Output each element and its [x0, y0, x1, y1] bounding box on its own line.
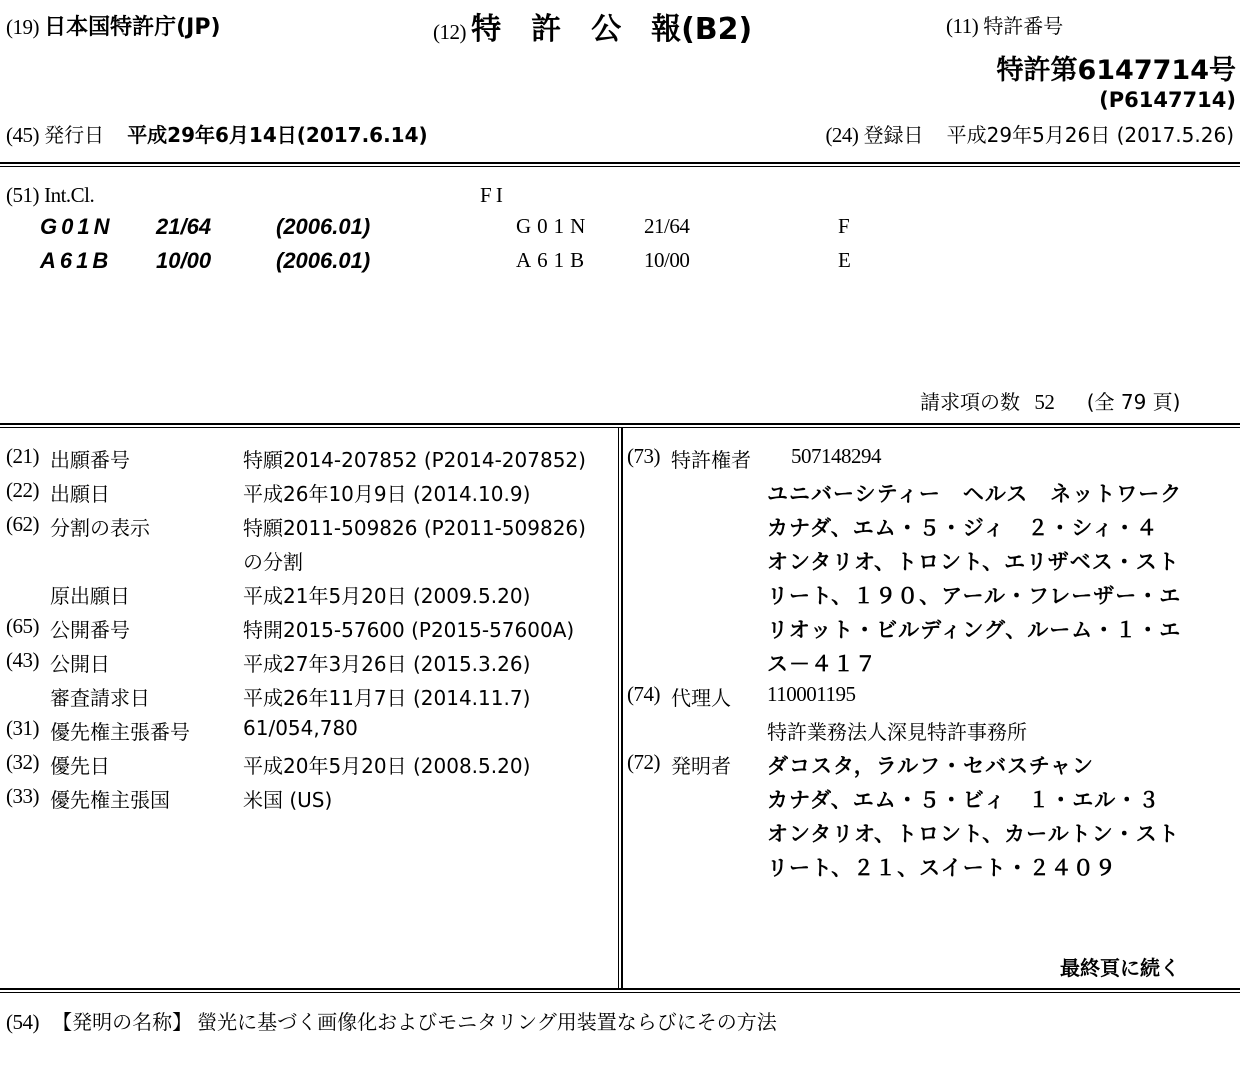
field-code: (74)	[627, 682, 660, 707]
field-row: (62)分割の表示特願2011-509826 (P2011-509826)	[6, 512, 606, 542]
claims-label: 請求項の数	[920, 390, 1020, 414]
field-row: の分割	[6, 546, 606, 576]
field-row: カナダ、エム・５・ビィ １・エル・３	[627, 784, 1237, 814]
fi-group: 10/00	[644, 248, 689, 273]
intcl-class: G01N	[40, 214, 113, 240]
office-name: 日本国特許庁(JP)	[44, 15, 220, 40]
field-value: 米国 (US)	[243, 784, 332, 813]
field-row: (33)優先権主張国米国 (US)	[6, 784, 606, 814]
field-row: (31)優先権主張番号61/054,780	[6, 716, 606, 746]
field-value: リート、１９０、アール・フレーザー・エ	[767, 580, 1181, 610]
office-line: (19) 日本国特許庁(JP)	[6, 10, 221, 41]
field-code: (32)	[6, 750, 39, 775]
patent-number-label-text: 特許番号	[983, 14, 1063, 38]
field-code: (21)	[6, 444, 39, 469]
fi-mark: E	[838, 248, 851, 273]
field-label: 公開日	[50, 648, 110, 677]
field-code: (33)	[6, 784, 39, 809]
fi-label: F I	[480, 183, 502, 208]
field-value: 61/054,780	[243, 716, 358, 740]
page-count: (全 79 頁)	[1087, 390, 1181, 414]
field-row: (43)公開日平成27年3月26日 (2015.3.26)	[6, 648, 606, 678]
issue-date: 平成29年6月14日(2017.6.14)	[127, 123, 427, 147]
intcl-class: A61B	[40, 248, 112, 274]
fi-class: G01N	[516, 214, 591, 239]
publication-kind: (12) 特 許 公 報(B2)	[433, 4, 752, 48]
field-value: 特願2014-207852 (P2014-207852)	[243, 444, 586, 473]
title-text: 螢光に基づく画像化およびモニタリング用装置ならびにその方法	[197, 1010, 777, 1034]
intcl-version: (2006.01)	[276, 248, 370, 274]
field-value: 平成20年5月20日 (2008.5.20)	[243, 750, 530, 779]
field-value: オンタリオ、トロント、カールトン・スト	[767, 818, 1180, 848]
field-label: 出願日	[50, 478, 110, 507]
field-row: リオット・ビルディング、ルーム・１・エ	[627, 614, 1237, 644]
field-code: (73)	[627, 444, 660, 469]
registration-date-line: (24) 登録日 平成29年5月26日 (2017.5.26)	[825, 119, 1234, 148]
field-row: ス－４１７	[627, 648, 1237, 678]
field-value: の分割	[243, 546, 303, 575]
field-row: (74)代理人110001195	[627, 682, 1237, 712]
field-value: 特開2015-57600 (P2015-57600A)	[243, 614, 574, 643]
invention-title: (54) 【発明の名称】 螢光に基づく画像化およびモニタリング用装置ならびにその…	[6, 1006, 777, 1035]
field-label: 審査請求日	[50, 682, 150, 711]
reg-date-code: (24)	[825, 123, 858, 147]
field-code: (72)	[627, 750, 660, 775]
field-value: 平成21年5月20日 (2009.5.20)	[243, 580, 530, 609]
field-label: 特許権者	[671, 444, 751, 473]
field-value: 平成26年10月9日 (2014.10.9)	[243, 478, 530, 507]
field-label: 代理人	[671, 682, 731, 711]
patent-number: 特許第6147714号	[996, 48, 1236, 87]
field-label: 優先権主張国	[50, 784, 170, 813]
field-code: (22)	[6, 478, 39, 503]
field-value: リオット・ビルディング、ルーム・１・エ	[767, 614, 1181, 644]
field-label: 優先日	[50, 750, 110, 779]
field-label: 原出願日	[50, 580, 130, 609]
field-row: カナダ、エム・５・ジィ ２・シィ・４	[627, 512, 1237, 542]
field-value: ユニバーシティー ヘルス ネットワーク	[767, 478, 1182, 508]
field-row: 特許業務法人深見特許事務所	[627, 716, 1237, 746]
field-row: リート、１９０、アール・フレーザー・エ	[627, 580, 1237, 610]
field-value: 110001195	[767, 682, 855, 707]
patent-number-alt: (P6147714)	[1099, 88, 1236, 112]
intcl-code: (51)	[6, 183, 39, 207]
intcl-version: (2006.01)	[276, 214, 370, 240]
field-row: ユニバーシティー ヘルス ネットワーク	[627, 478, 1237, 508]
field-row: (65)公開番号特開2015-57600 (P2015-57600A)	[6, 614, 606, 644]
issue-date-label: 発行日	[44, 123, 104, 147]
field-row: (32)優先日平成20年5月20日 (2008.5.20)	[6, 750, 606, 780]
column-divider	[618, 427, 623, 988]
field-code: (43)	[6, 648, 39, 673]
fi-group: 21/64	[644, 214, 689, 239]
field-value: リート、２１、スイート・２４０９	[767, 852, 1117, 882]
divider-top	[0, 162, 1240, 167]
field-row: オンタリオ、トロント、カールトン・スト	[627, 818, 1237, 848]
continued-note: 最終頁に続く	[1060, 952, 1180, 981]
field-value: ダコスタ，ラルフ・セバスチャン	[767, 750, 1094, 780]
title-label: 【発明の名称】	[52, 1010, 192, 1034]
intcl-header: (51) Int.Cl.	[6, 183, 94, 208]
claims-count: 52	[1034, 390, 1054, 414]
field-label: 出願番号	[50, 444, 130, 473]
kind-code: (12)	[433, 20, 466, 44]
issue-date-code: (45)	[6, 123, 39, 147]
field-code: (62)	[6, 512, 39, 537]
field-value: 特許業務法人深見特許事務所	[767, 716, 1027, 745]
field-label: 分割の表示	[50, 512, 150, 541]
field-row: (21)出願番号特願2014-207852 (P2014-207852)	[6, 444, 606, 474]
field-row: 原出願日平成21年5月20日 (2009.5.20)	[6, 580, 606, 610]
reg-date: 平成29年5月26日 (2017.5.26)	[947, 123, 1234, 147]
intcl-label: Int.Cl.	[44, 183, 94, 207]
field-value: 特願2011-509826 (P2011-509826)	[243, 512, 586, 541]
field-label: 発明者	[671, 750, 731, 779]
divider-bottom	[0, 988, 1240, 993]
fi-class: A61B	[516, 248, 590, 273]
claims-summary: 請求項の数 52 (全 79 頁)	[920, 386, 1181, 415]
intcl-group: 10/00	[156, 248, 211, 274]
fi-mark: F	[838, 214, 850, 239]
field-value: 507148294	[791, 444, 881, 469]
patent-number-label: (11) 特許番号	[946, 10, 1063, 39]
field-value: カナダ、エム・５・ビィ １・エル・３	[767, 784, 1160, 814]
field-row: リート、２１、スイート・２４０９	[627, 852, 1237, 882]
office-code: (19)	[6, 15, 39, 39]
reg-date-label: 登録日	[864, 123, 924, 147]
field-row: オンタリオ、トロント、エリザベス・スト	[627, 546, 1237, 576]
field-value: ス－４１７	[767, 648, 877, 678]
kind-title: 特 許 公 報(B2)	[471, 12, 752, 47]
field-label: 優先権主張番号	[50, 716, 190, 745]
field-code: (65)	[6, 614, 39, 639]
field-value: 平成27年3月26日 (2015.3.26)	[243, 648, 530, 677]
field-value: 平成26年11月7日 (2014.11.7)	[243, 682, 530, 711]
patent-number-code: (11)	[946, 14, 978, 38]
field-row: (73)特許権者507148294	[627, 444, 1237, 474]
field-value: オンタリオ、トロント、エリザベス・スト	[767, 546, 1180, 576]
issue-date-line: (45) 発行日 平成29年6月14日(2017.6.14)	[6, 119, 428, 148]
field-label: 公開番号	[50, 614, 130, 643]
title-code: (54)	[6, 1010, 39, 1034]
intcl-group: 21/64	[156, 214, 211, 240]
field-row: (72)発明者ダコスタ，ラルフ・セバスチャン	[627, 750, 1237, 780]
field-value: カナダ、エム・５・ジィ ２・シィ・４	[767, 512, 1158, 542]
field-row: (22)出願日平成26年10月9日 (2014.10.9)	[6, 478, 606, 508]
field-code: (31)	[6, 716, 39, 741]
field-row: 審査請求日平成26年11月7日 (2014.11.7)	[6, 682, 606, 712]
